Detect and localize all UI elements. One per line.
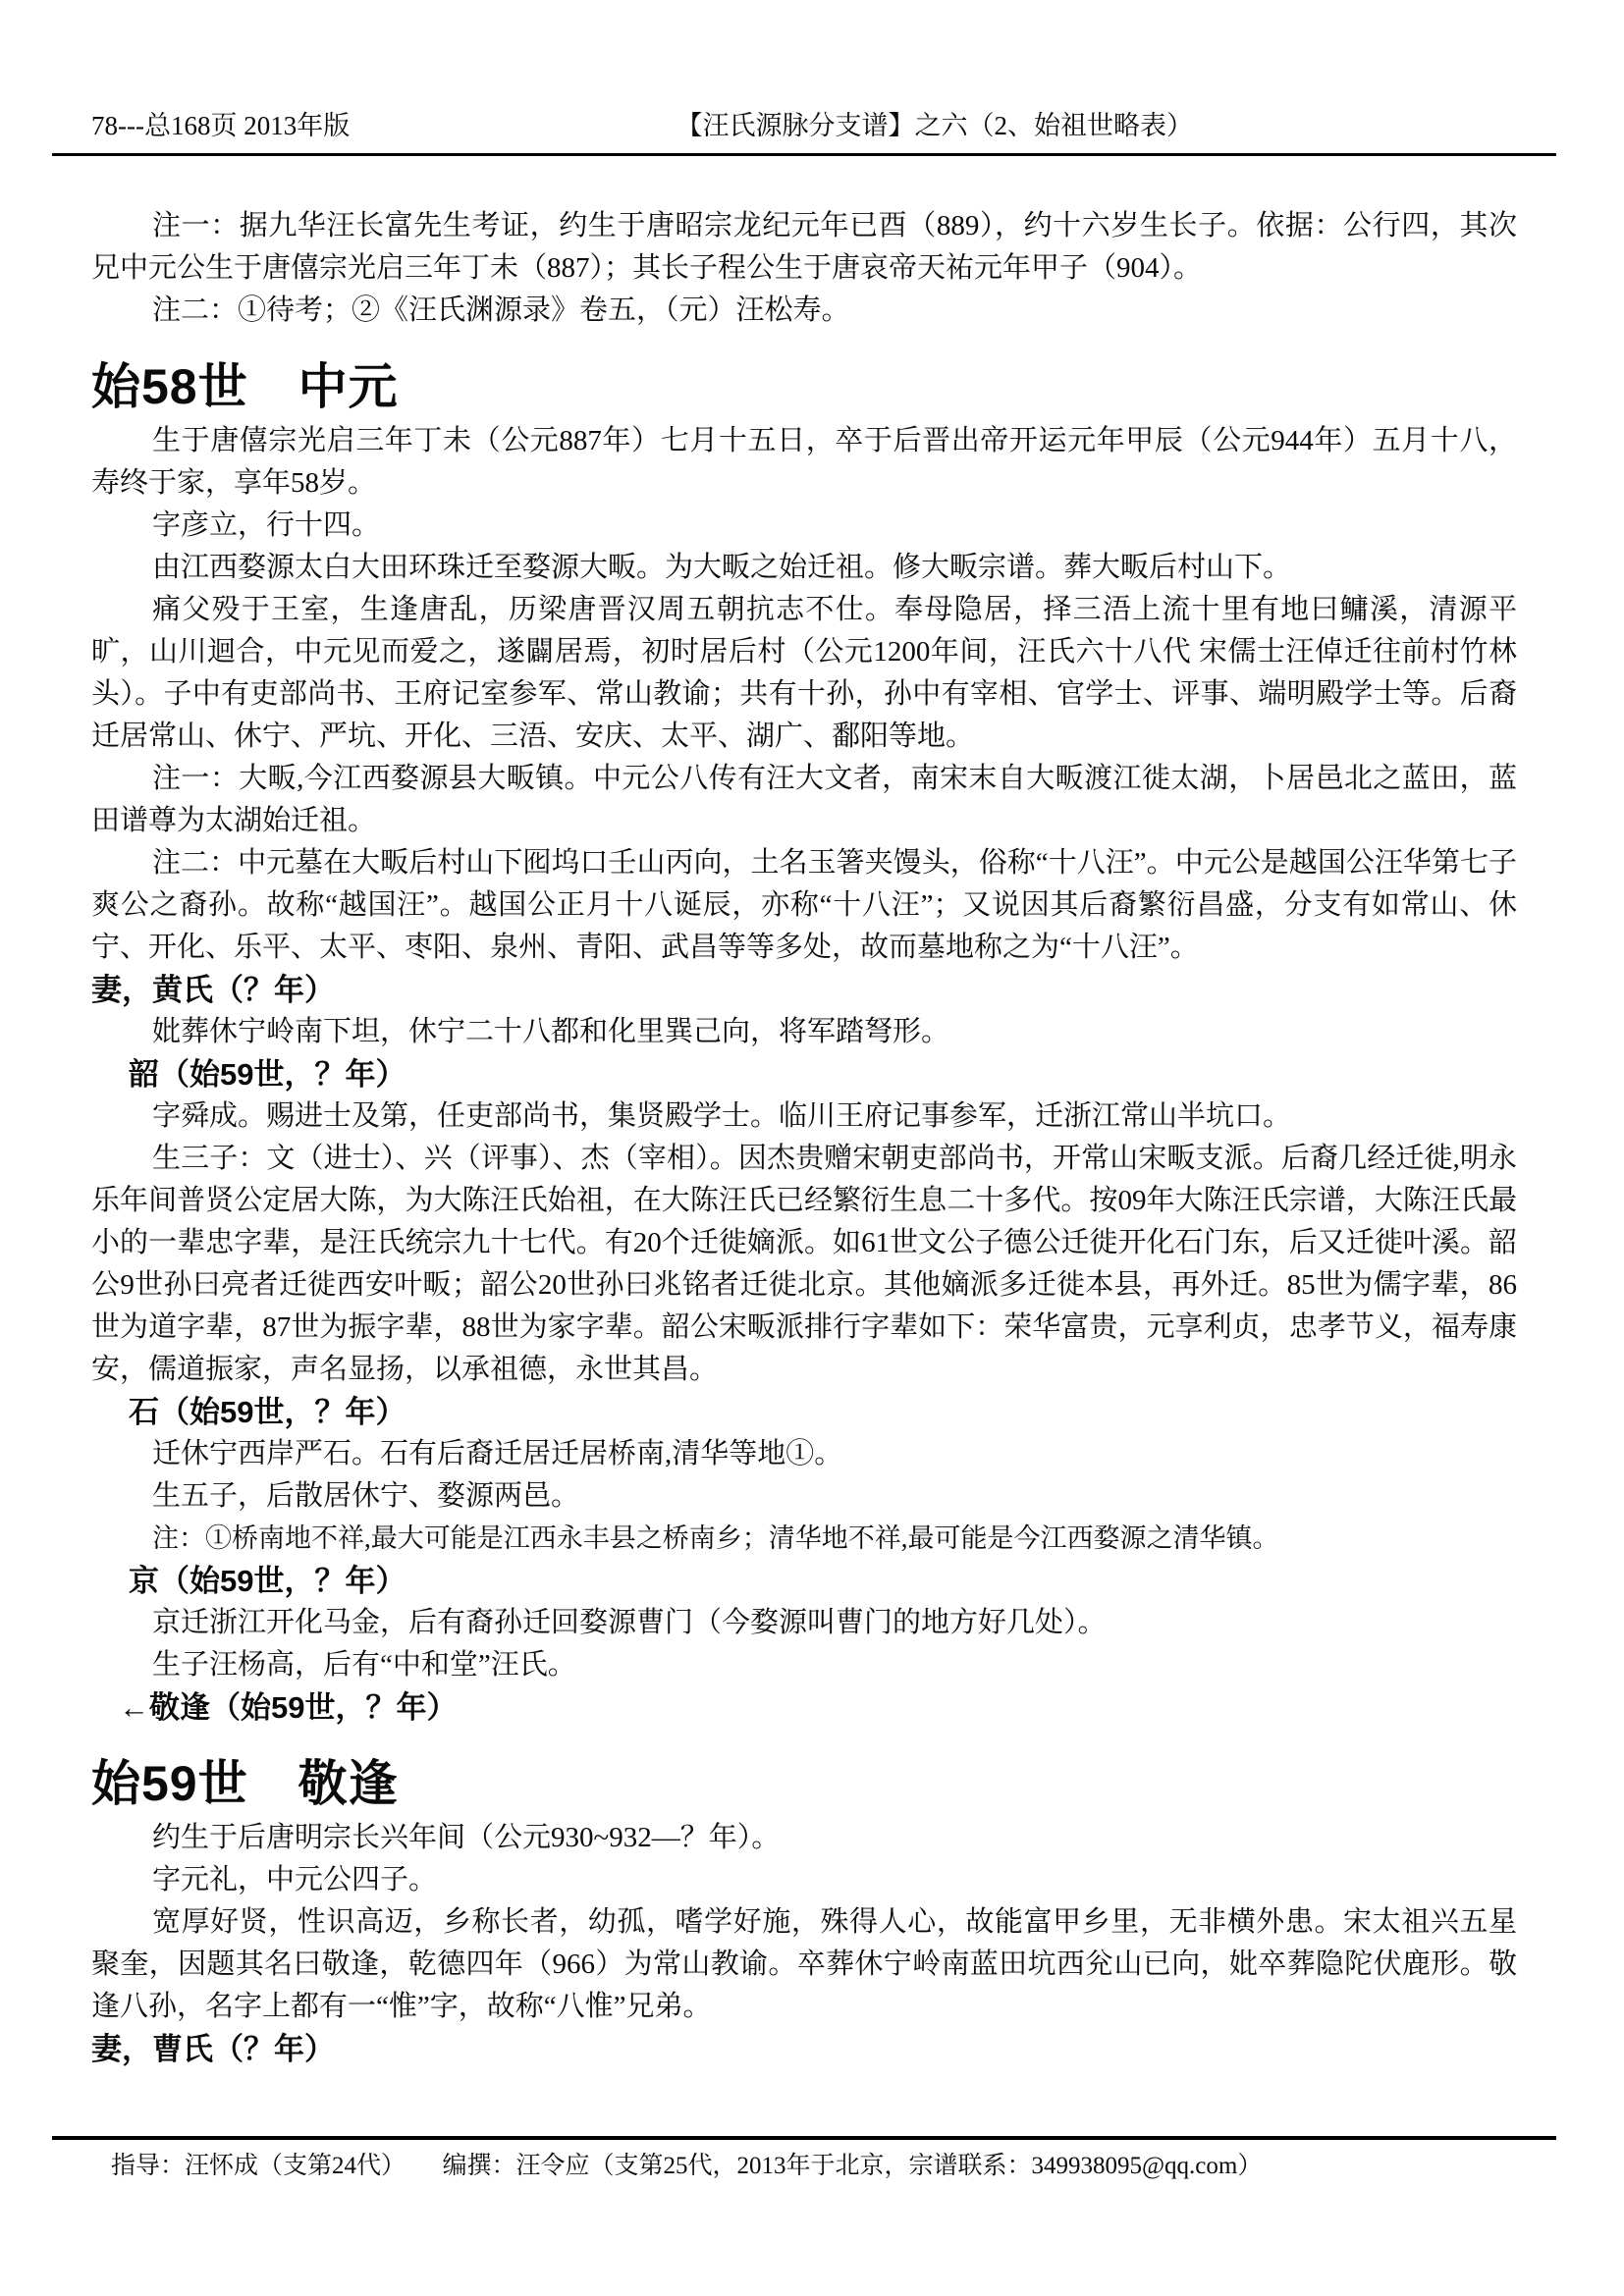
son-shi-paragraph-2: 生五子，后散居休宁、婺源两邑。 — [91, 1475, 1517, 1518]
page-number-edition: 78---总168页 2013年版 — [91, 108, 350, 143]
page-content: 78---总168页 2013年版 【汪氏源脉分支谱】之六（2、始祖世略表） 注… — [91, 108, 1517, 2070]
top-note-2: 注二：①待考；②《汪氏渊源录》卷五，（元）汪松寿。 — [91, 290, 1517, 332]
son-jing-paragraph-1: 京迁浙江开化马金，后有裔孙迁回婺源曹门（今婺源叫曹门的地方好几处）。 — [91, 1602, 1517, 1644]
footer-rule — [52, 2136, 1556, 2140]
son-jing-paragraph-2: 生子汪杨高，后有“中和堂”汪氏。 — [91, 1644, 1517, 1686]
page-footer: 指导：汪怀成（支第24代） 编撰：汪令应（支第25代，2013年于北京，宗谱联系… — [91, 2136, 1517, 2183]
header-rule — [52, 153, 1556, 156]
s58-wife-heading: 妻，黄氏（？年） — [91, 969, 1517, 1011]
s59-paragraph-courtesy-name: 字元礼，中元公四子。 — [91, 1859, 1517, 1901]
son-shi-paragraph-1: 迁休宁西岸严石。石有后裔迁居迁居桥南,清华等地①。 — [91, 1433, 1517, 1475]
s58-note-1: 注一：大畈,今江西婺源县大畈镇。中元公八传有汪大文者，南宋末自大畈渡江徙太湖，卜… — [91, 758, 1517, 842]
section-59-title: 始59世 敬逢 — [91, 1758, 1517, 1809]
son-shao-paragraph-1: 字舜成。赐进士及第，任吏部尚书，集贤殿学士。临川王府记事参军，迁浙江常山半坑口。 — [91, 1095, 1517, 1138]
genealogy-document-page: 78---总168页 2013年版 【汪氏源脉分支谱】之六（2、始祖世略表） 注… — [0, 0, 1624, 2296]
son-shao-paragraph-2: 生三子：文（进士）、兴（评事）、杰（宰相）。因杰贵赠宋朝吏部尚书，开常山宋畈支派… — [91, 1138, 1517, 1391]
son-jingfeng-reference-heading: ←敬逢（始59世，？年） — [91, 1686, 1517, 1729]
s58-paragraph-biography: 痛父殁于王室，生逢唐乱，历梁唐晋汉周五朝抗志不仕。奉母隐居，择三浯上流十里有地曰… — [91, 589, 1517, 758]
son-shi-heading: 石（始59世，？年） — [91, 1391, 1517, 1433]
document-title: 【汪氏源脉分支谱】之六（2、始祖世略表） — [677, 108, 1194, 143]
s59-wife-heading: 妻，曹氏（？年） — [91, 2028, 1517, 2070]
s58-note-2: 注二：中元墓在大畈后村山下囮坞口壬山丙向，土名玉箸夹馒头，俗称“十八汪”。中元公… — [91, 842, 1517, 969]
s59-paragraph-biography: 宽厚好贤，性识高迈，乡称长者，幼孤，嗜学好施，殊得人心，故能富甲乡里，无非横外患… — [91, 1901, 1517, 2028]
s58-paragraph-courtesy-name: 字彦立，行十四。 — [91, 505, 1517, 547]
s58-wife-paragraph: 妣葬休宁岭南下坦，休宁二十八都和化里巽己向，将军踏弩形。 — [91, 1011, 1517, 1053]
top-note-1: 注一：据九华汪长富先生考证，约生于唐昭宗龙纪元年已酉（889），约十六岁生长子。… — [91, 205, 1517, 290]
footer-credits: 指导：汪怀成（支第24代） 编撰：汪令应（支第25代，2013年于北京，宗谱联系… — [91, 2150, 1517, 2183]
section-58-title: 始58世 中元 — [91, 361, 1517, 412]
s59-paragraph-birth: 约生于后唐明宗长兴年间（公元930~932—？年）。 — [91, 1817, 1517, 1859]
page-header: 78---总168页 2013年版 【汪氏源脉分支谱】之六（2、始祖世略表） — [91, 108, 1517, 143]
son-jing-heading: 京（始59世，？年） — [91, 1560, 1517, 1602]
s58-paragraph-migration: 由江西婺源太白大田环珠迁至婺源大畈。为大畈之始迁祖。修大畈宗谱。葬大畈后村山下。 — [91, 547, 1517, 589]
son-shi-note: 注：①桥南地不祥,最大可能是江西永丰县之桥南乡；清华地不祥,最可能是今江西婺源之… — [91, 1518, 1517, 1560]
s58-paragraph-birth-death: 生于唐僖宗光启三年丁未（公元887年）七月十五日，卒于后晋出帝开运元年甲辰（公元… — [91, 420, 1517, 505]
son-shao-heading: 韶（始59世，？年） — [91, 1053, 1517, 1095]
